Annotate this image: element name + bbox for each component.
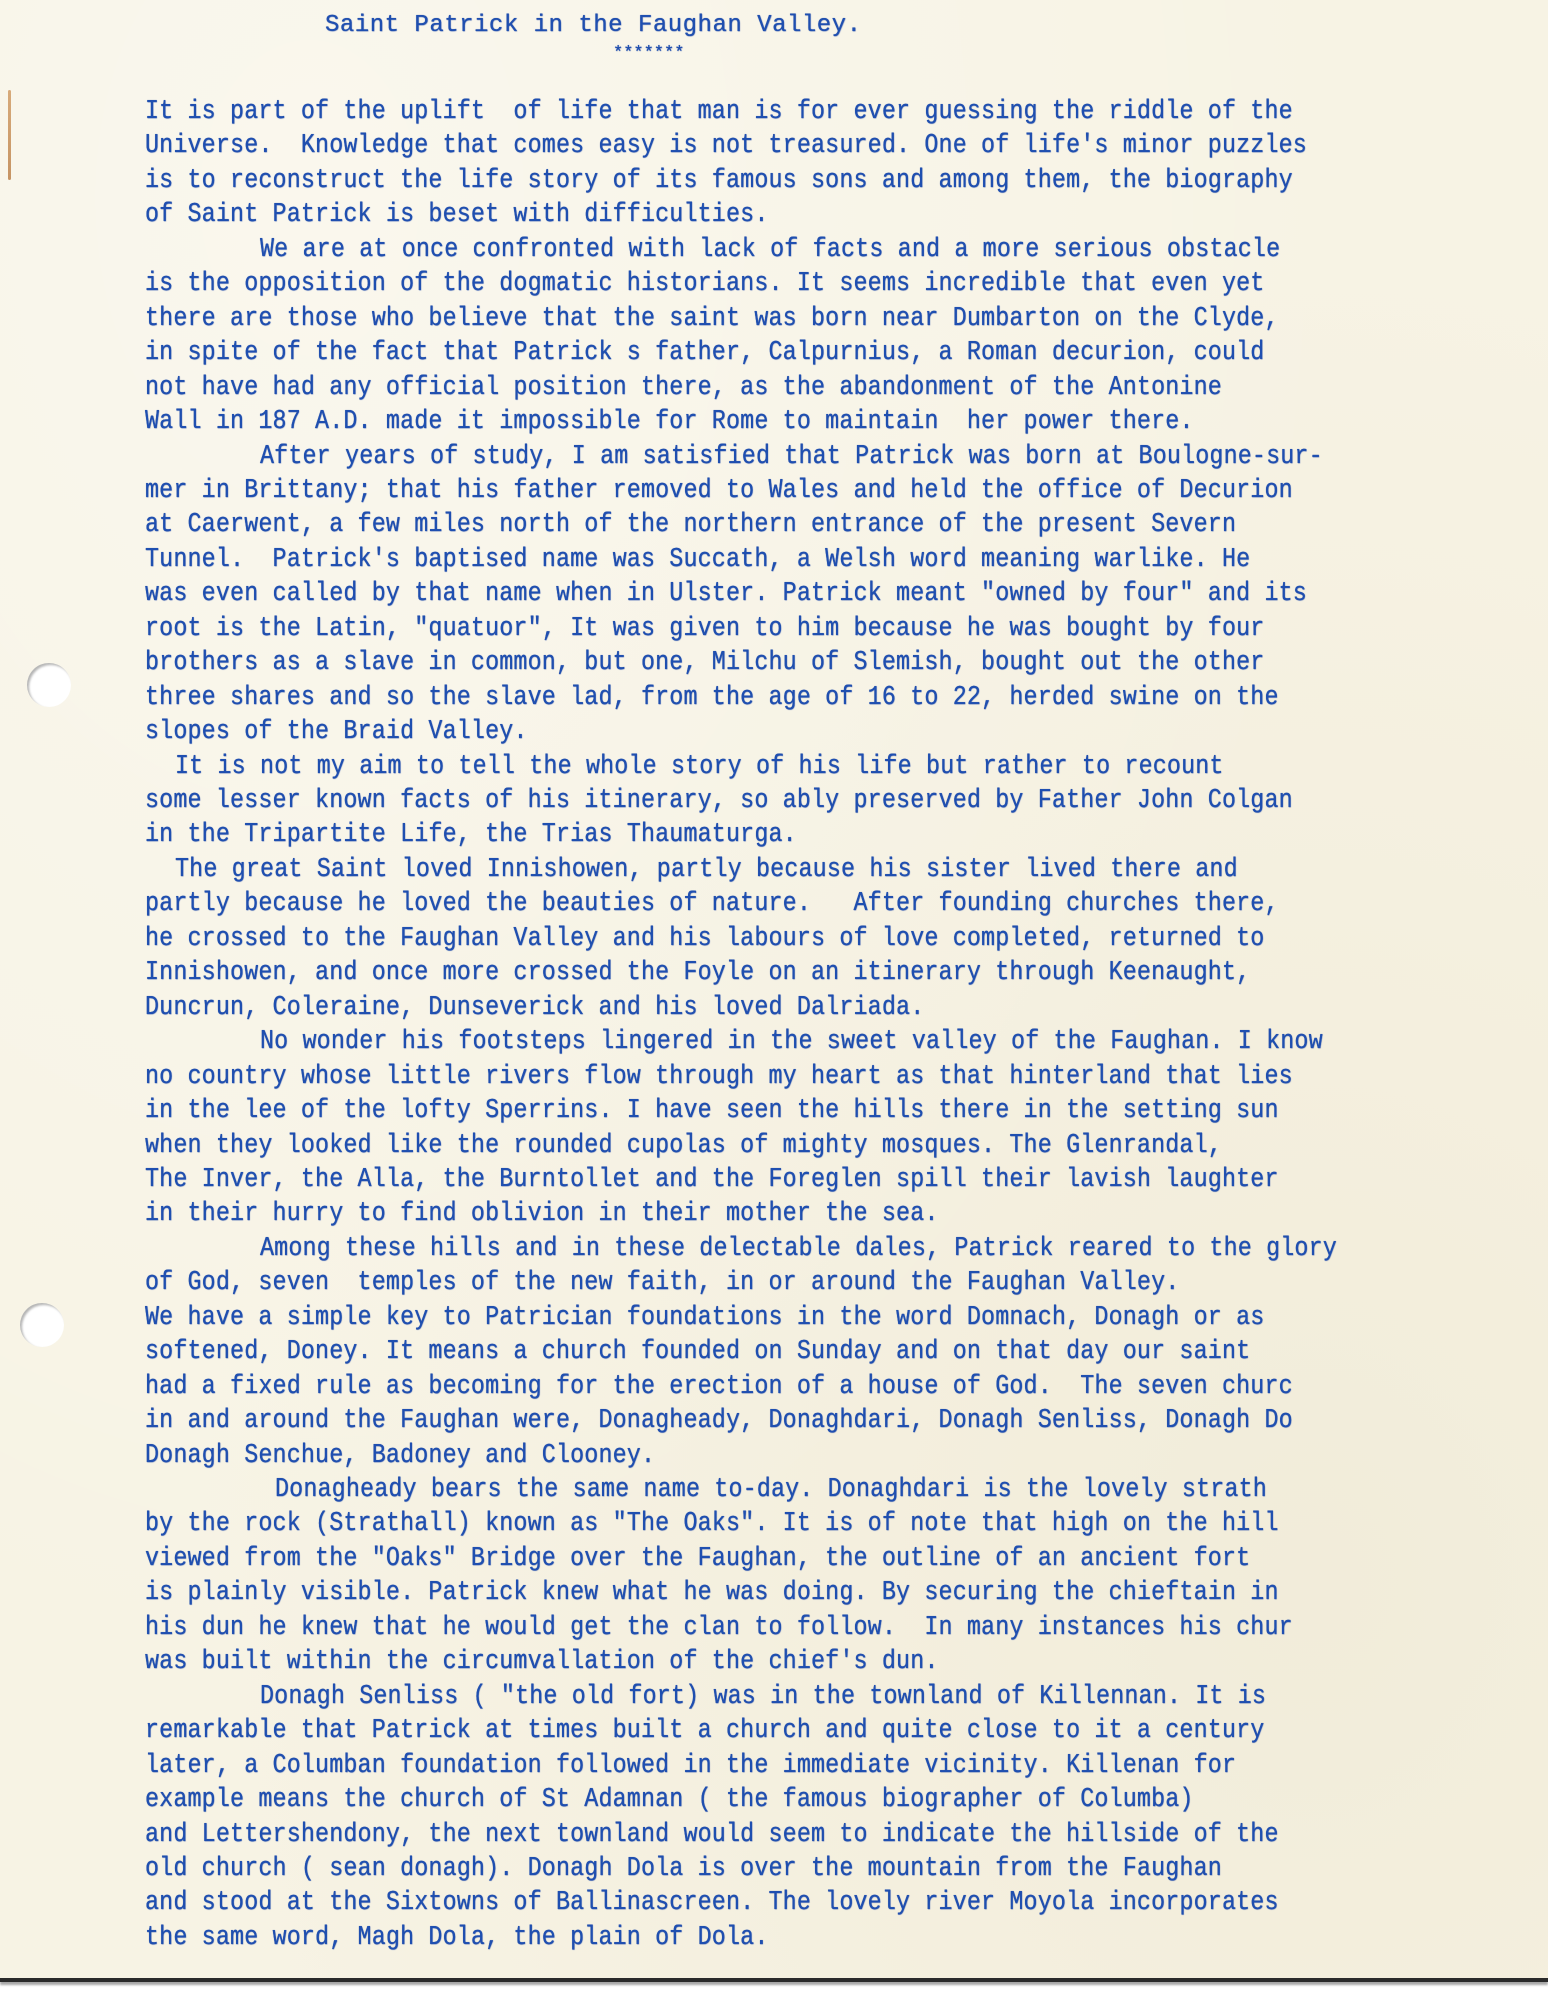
text-line: Innishowen, and once more crossed the Fo… (145, 957, 1250, 987)
text-line: and stood at the Sixtowns of Ballinascre… (145, 1887, 1279, 1917)
text-line: After years of study, I am satisfied tha… (260, 441, 1323, 471)
text-line: of God, seven temples of the new faith, … (145, 1267, 1179, 1297)
text-line: old church ( sean donagh). Donagh Dola i… (145, 1853, 1222, 1883)
text-line: Among these hills and in these delectabl… (260, 1233, 1337, 1263)
text-line: partly because he loved the beauties of … (145, 888, 1279, 918)
text-line: is the opposition of the dogmatic histor… (145, 268, 1264, 298)
text-line: his dun he knew that he would get the cl… (145, 1612, 1293, 1642)
text-line: in the lee of the lofty Sperrins. I have… (145, 1095, 1279, 1125)
text-line: We are at once confronted with lack of f… (260, 234, 1280, 264)
text-line: in and around the Faughan were, Donaghea… (145, 1405, 1293, 1435)
text-line: had a fixed rule as becoming for the ere… (145, 1371, 1293, 1401)
text-line: was built within the circumvallation of … (145, 1646, 939, 1676)
text-line: We have a simple key to Patrician founda… (145, 1302, 1264, 1332)
text-line: viewed from the "Oaks" Bridge over the F… (145, 1543, 1250, 1573)
text-line: Wall in 187 A.D. made it impossible for … (145, 406, 1194, 436)
text-line: Tunnel. Patrick's baptised name was Succ… (145, 544, 1250, 574)
text-line: was even called by that name when in Uls… (145, 578, 1307, 608)
text-line: three shares and so the slave lad, from … (145, 682, 1279, 712)
text-line: is plainly visible. Patrick knew what he… (145, 1577, 1279, 1607)
text-line: example means the church of St Adamnan (… (145, 1784, 1194, 1814)
text-line: The great Saint loved Innishowen, partly… (175, 854, 1238, 884)
typewritten-page: Saint Patrick in the Faughan Valley. ***… (0, 0, 1548, 1982)
text-line: mer in Brittany; that his father removed… (145, 475, 1293, 505)
text-line: Duncrun, Coleraine, Dunseverick and his … (145, 992, 924, 1022)
text-line: slopes of the Braid Valley. (145, 716, 528, 746)
text-line: there are those who believe that the sai… (145, 303, 1279, 333)
text-line: brothers as a slave in common, but one, … (145, 647, 1264, 677)
text-line: the same word, Magh Dola, the plain of D… (145, 1922, 768, 1952)
text-line: when they looked like the rounded cupola… (145, 1130, 1222, 1160)
text-line: no country whose little rivers flow thro… (145, 1061, 1293, 1091)
text-line: at Caerwent, a few miles north of the no… (145, 509, 1236, 539)
text-line: in spite of the fact that Patrick s fath… (145, 337, 1264, 367)
text-line: by the rock (Strathall) known as "The Oa… (145, 1508, 1279, 1538)
text-line: softened, Doney. It means a church found… (145, 1336, 1250, 1366)
text-line: Universe. Knowledge that comes easy is n… (145, 130, 1307, 160)
text-line: No wonder his footsteps lingered in the … (260, 1026, 1323, 1056)
text-line: It is not my aim to tell the whole story… (175, 751, 1224, 781)
text-line: It is part of the uplift of life that ma… (145, 96, 1293, 126)
text-line: Donagh Senchue, Badoney and Clooney. (145, 1440, 655, 1470)
text-line: not have had any official position there… (145, 372, 1222, 402)
text-line: of Saint Patrick is beset with difficult… (145, 199, 768, 229)
text-line: in the Tripartite Life, the Trias Thauma… (145, 819, 797, 849)
text-line: he crossed to the Faughan Valley and his… (145, 923, 1264, 953)
text-line: The Inver, the Alla, the Burntollet and … (145, 1164, 1279, 1194)
text-line: in their hurry to find oblivion in their… (145, 1198, 939, 1228)
text-line: remarkable that Patrick at times built a… (145, 1715, 1264, 1745)
document-body: It is part of the uplift of life that ma… (0, 0, 1548, 1978)
text-line: Donagh Senliss ( "the old fort) was in t… (260, 1681, 1266, 1711)
text-line: and Lettershendony, the next townland wo… (145, 1819, 1279, 1849)
text-line: is to reconstruct the life story of its … (145, 165, 1293, 195)
text-line: some lesser known facts of his itinerary… (145, 785, 1293, 815)
text-line: root is the Latin, "quatuor", It was giv… (145, 613, 1264, 643)
text-line: Donagheady bears the same name to-day. D… (275, 1474, 1267, 1504)
text-line: later, a Columban foundation followed in… (145, 1750, 1236, 1780)
